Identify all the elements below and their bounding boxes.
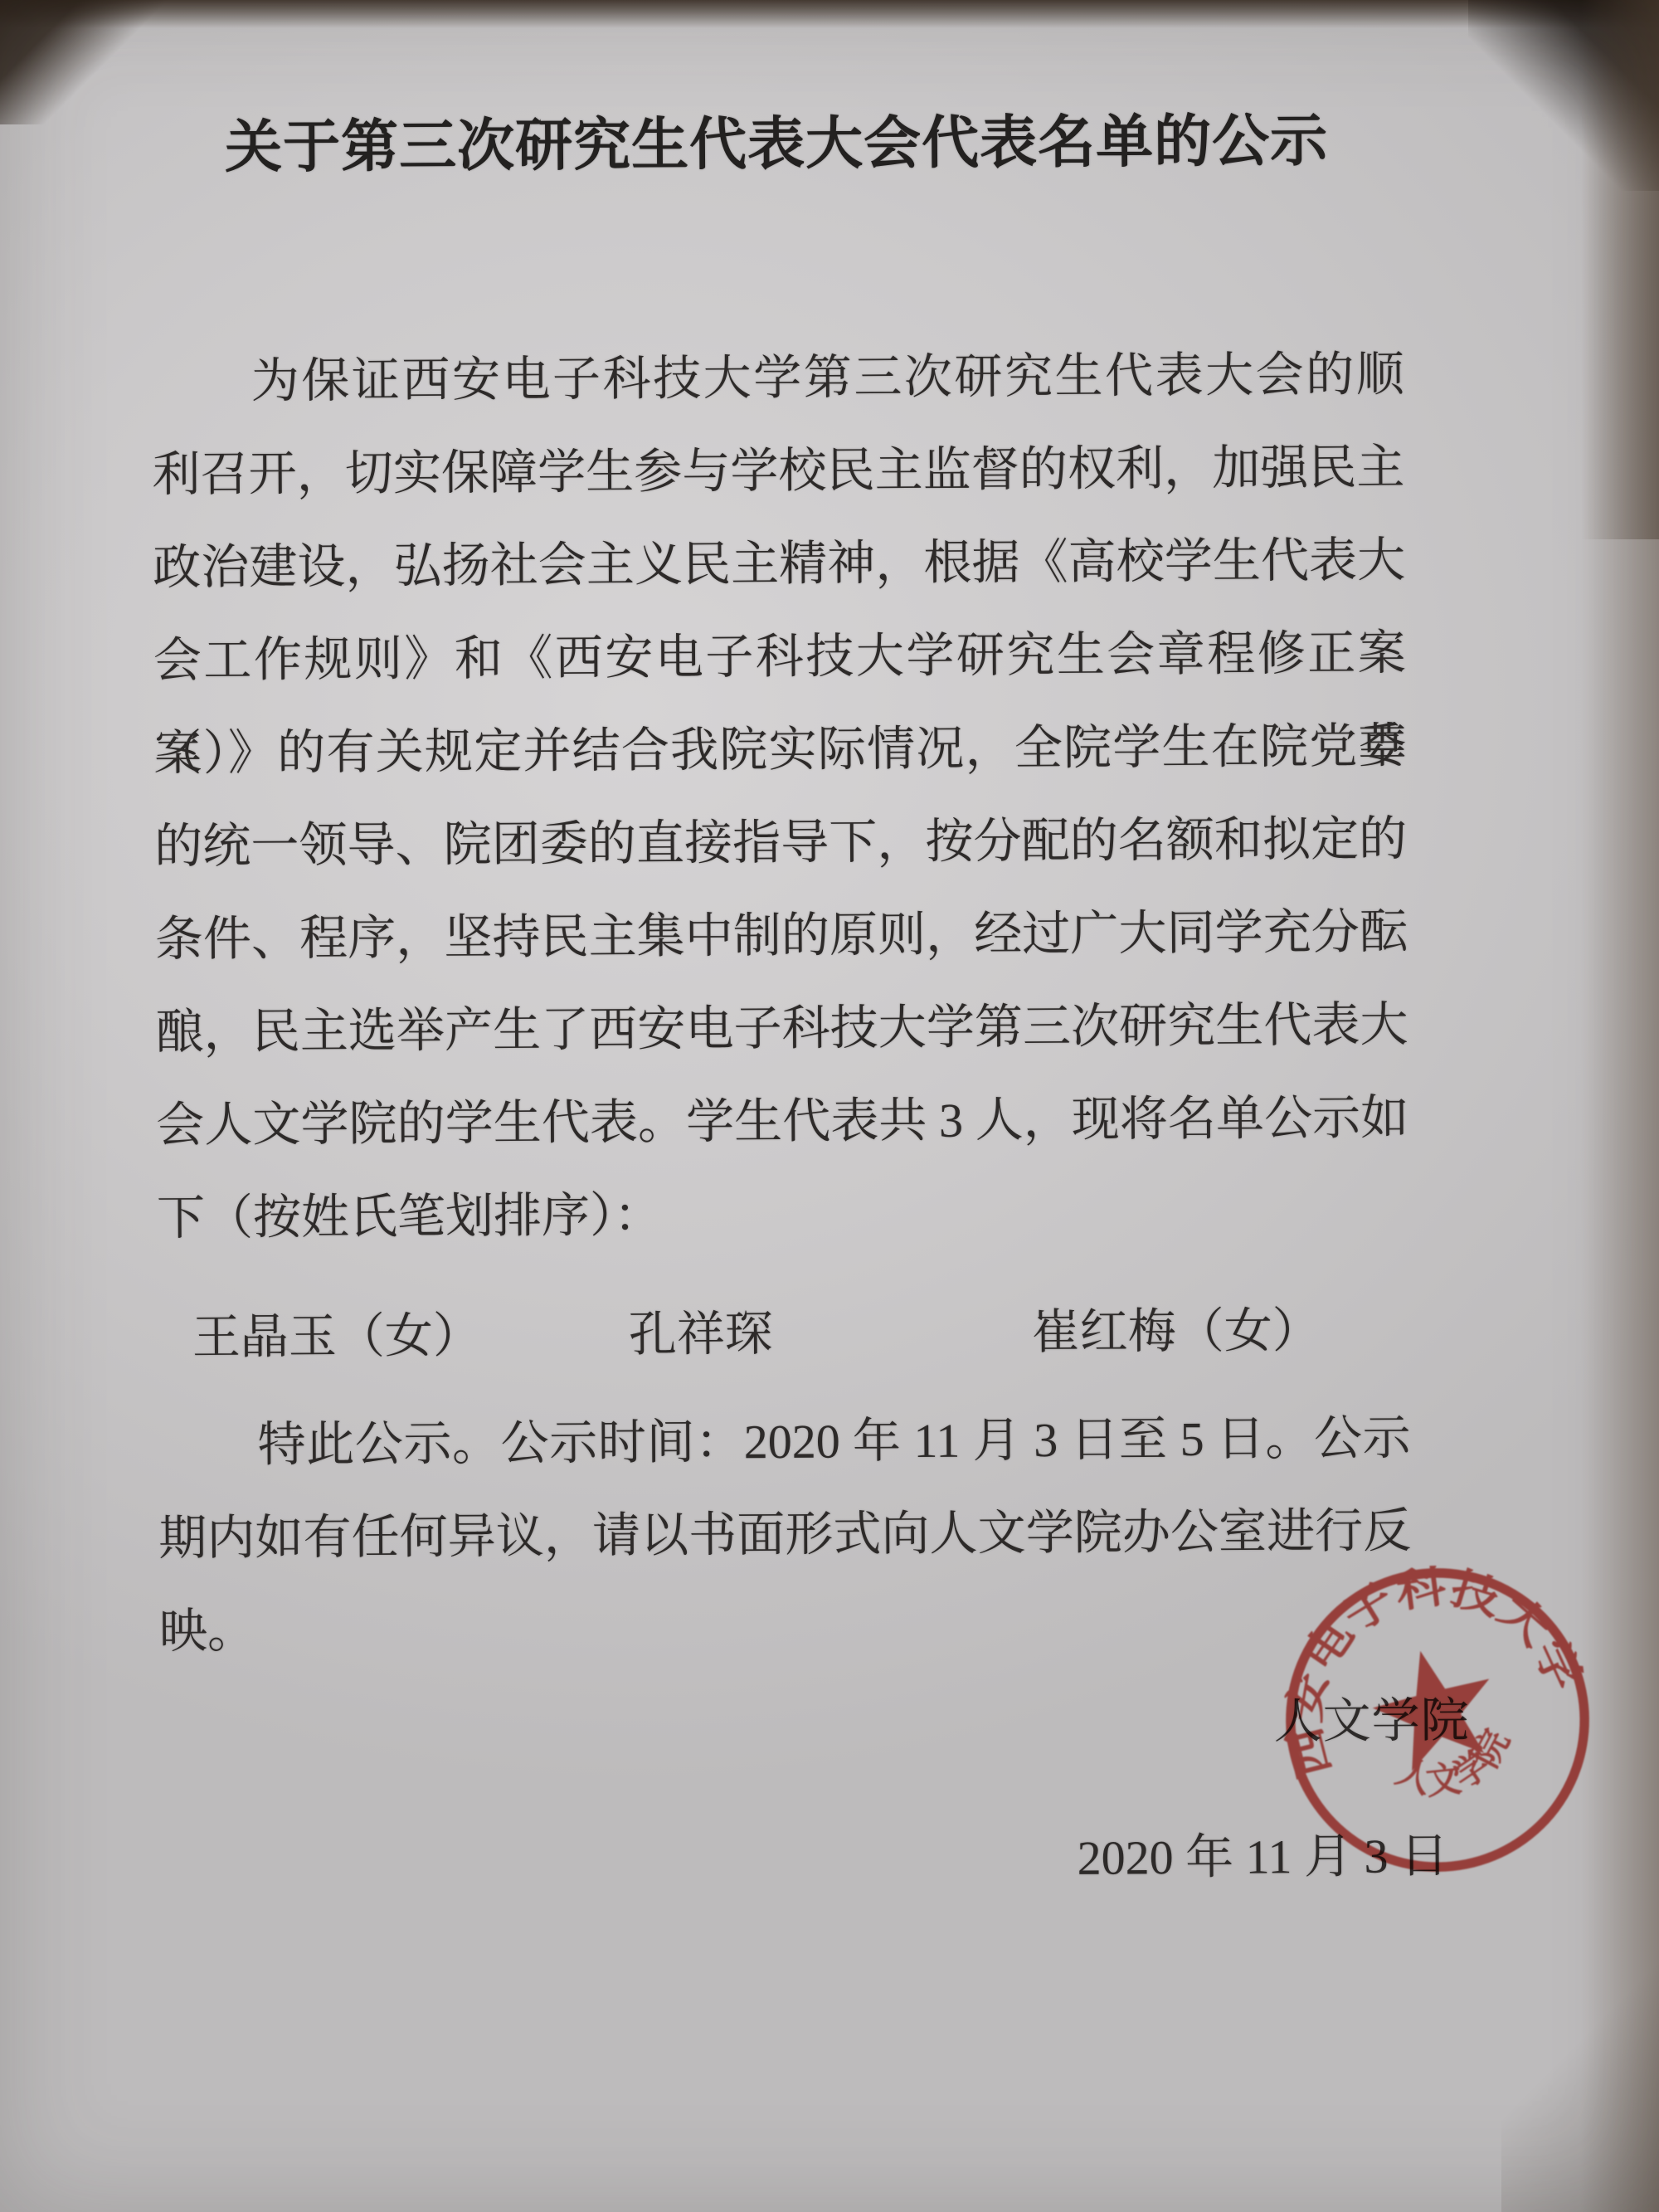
body-line: 利召开，切实保障学生参与学校民主监督的权利，加强民主	[152, 421, 1405, 521]
body-paragraph: 为保证西安电子科技大学第三次研究生代表大会的顺 利召开，切实保障学生参与学校民主…	[151, 328, 1409, 1264]
representative-name: 崔红梅（女）	[1031, 1284, 1321, 1379]
representative-name: 王晶玉（女）	[192, 1289, 481, 1384]
body-line: 特此公示。公示时间：2020 年 11 月 3 日至 5 日。公示	[158, 1391, 1411, 1492]
photo-top-edge-shadow	[0, 0, 1659, 28]
body-line: 的统一领导、院团委的直接指导下，按分配的名额和拟定的	[154, 792, 1408, 893]
representative-name: 孔祥琛	[628, 1288, 773, 1381]
body-line: 映。	[159, 1577, 1413, 1678]
body-line: 为保证西安电子科技大学第三次研究生代表大会的顺	[151, 328, 1404, 428]
document-photo: 关于第三次研究生代表大会代表名单的公示 为保证西安电子科技大学第三次研究生代表大…	[0, 0, 1659, 2212]
body-line: 期内如有任何异议，请以书面形式向人文学院办公室进行反	[158, 1484, 1412, 1585]
representatives-row: 王晶玉（女） 孔祥琛 崔红梅（女）	[157, 1284, 1410, 1384]
document-title: 关于第三次研究生代表大会代表名单的公示	[150, 94, 1404, 183]
closing-paragraph: 特此公示。公示时间：2020 年 11 月 3 日至 5 日。公示 期内如有任何…	[158, 1391, 1412, 1678]
photo-bottom-right-corner-shadow	[1501, 1963, 1659, 2212]
body-line: 政治建设，弘扬社会主义民主精神，根据《高校学生代表大	[153, 514, 1406, 614]
body-line: 下（按姓氏笔划排序）：	[157, 1164, 1410, 1264]
body-line: 酿，民主选举产生了西安电子科技大学第三次研究生代表大	[155, 978, 1408, 1079]
photo-right-top-shadow	[1551, 0, 1659, 539]
body-line: 案）》的有关规定并结合我院实际情况，全院学生在院党委	[153, 699, 1407, 800]
body-line: 条件、程序，坚持民主集中制的原则，经过广大同学充分酝	[155, 885, 1408, 986]
body-line: 会人文学院的学生代表。学生代表共 3 人，现将名单公示如	[156, 1071, 1409, 1172]
photo-top-left-corner-shadow	[0, 0, 182, 124]
body-line: 会工作规则》和《西安电子科技大学研究生会章程修正案（草	[153, 607, 1407, 707]
